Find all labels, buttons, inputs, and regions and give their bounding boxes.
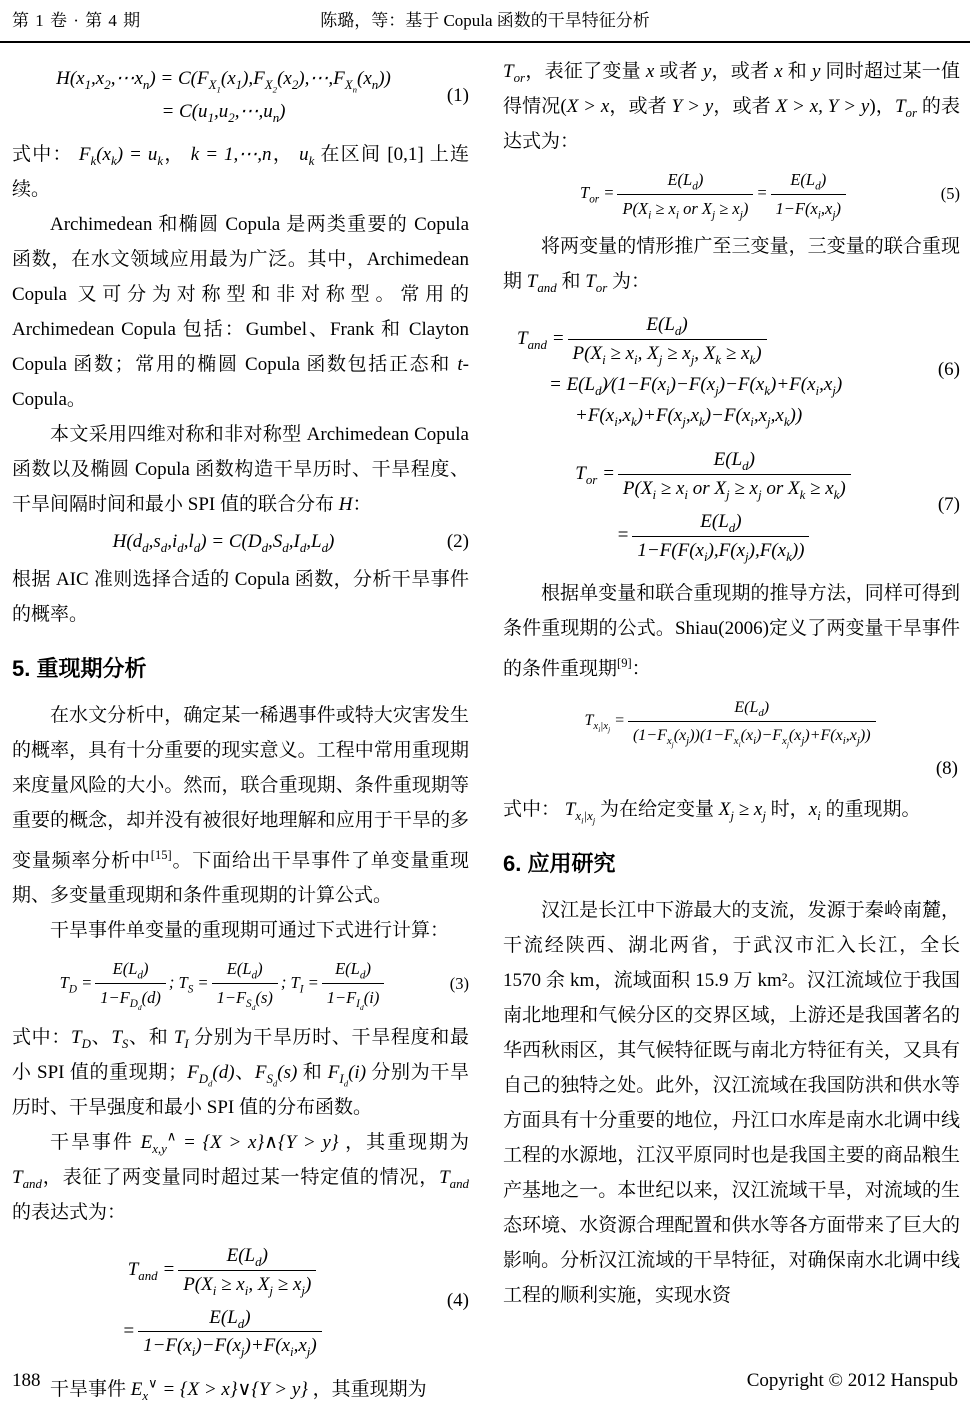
equation-7-fraction-1: E(Ld)P(Xi ≥ xi or Xj ≥ xj or Xk ≥ xk) [618,446,851,502]
equation-4-fraction-2: E(Ld)1−F(xi)−F(xj)+F(xi,xj) [138,1304,322,1360]
equation-4: Tand =E(Ld)P(Xi ≥ xi, Xj ≥ xj) =E(Ld)1−F… [12,1237,469,1365]
equation-3-number: (3) [435,971,469,997]
equation-5-number: (5) [926,181,960,207]
equation-2-line: H(dd,sd,id,ld) = C(Dd,Sd,Id,Ld) [113,531,335,552]
paragraph-four-dimensional: 本文采用四维对称和非对称型 Archimedean Copula 函数以及椭圆 … [12,417,469,522]
equation-3-fraction-1: E(Ld)1−FDd(d) [95,955,166,1013]
paragraph-univariate-return-period: 干旱事件单变量的重现期可通过下式进行计算： [12,913,469,948]
paper-page: 第 1 卷 · 第 4 期 陈璐，等：基于 Copula 函数的干旱特征分析 H… [0,0,970,1414]
equation-6-line-2: = E(Ld)∕(1−F(xi)−F(xj)−F(xk)+F(xi,xj) [503,372,926,398]
paragraph-trivariate: 将两变量的情形推广至三变量，三变量的联合重现期 Tand 和 Tor 为： [503,229,960,299]
equation-7-fraction-2: E(Ld)1−F(F(xi),F(xj),F(xk)) [632,508,809,564]
equation-5-fraction-2: E(Ld)1−F(xi,xj) [771,166,846,222]
equation-4-line-2: =E(Ld)1−F(xi)−F(xj)+F(xi,xj) [12,1304,435,1360]
equation-6-line-3: +F(xi,xk)+F(xj,xk)−F(xi,xj,xk)) [503,403,926,429]
section-5-heading: 5. 重现期分析 [12,654,469,684]
equation-8-number: (8) [503,751,960,786]
equation-2: H(dd,sd,id,ld) = C(Dd,Sd,Id,Ld) (2) [12,529,469,555]
column-right: Tor，表征了变量 x 或者 y，或者 x 和 y 同时超过某一值得情况(X >… [503,54,960,1313]
equation-3-fraction-3: E(Ld)1−FId(i) [322,955,385,1013]
equation-1-line-2: = C(u1,u2,⋯,un) [12,99,435,125]
paragraph-tor-definition: Tor，表征了变量 x 或者 y，或者 x 和 y 同时超过某一值得情况(X >… [503,54,960,159]
header-rule [0,41,970,43]
equation-7-body: Tor =E(Ld)P(Xi ≥ xi or Xj ≥ xj or Xk ≥ x… [503,441,926,569]
page-number: 188 [12,1370,41,1392]
equation-8-body: Txi|xj =E(Ld)(1−Fxj(xj))(1−Fxi(xi)−Fxj(x… [503,694,960,750]
equation-5: Tor =E(Ld)P(Xi ≥ xi or Xj ≥ xj)=E(Ld)1−F… [503,166,960,222]
equation-3-term-1: TD = [60,973,93,992]
equation-6-fraction-1: E(Ld)P(Xi ≥ xi, Xj ≥ xj, Xk ≥ xk) [568,311,767,367]
equation-3-fraction-2: E(Ld)1−FSd(s) [212,955,278,1013]
paragraph-aic: 根据 AIC 准则选择合适的 Copula 函数，分析干旱事件的概率。 [12,562,469,632]
equation-8: Txi|xj =E(Ld)(1−Fxj(xj))(1−Fxi(xi)−Fxj(x… [503,694,960,750]
paragraph-conditional: 根据单变量和联合重现期的推导方法，同样可得到条件重现期的公式。Shiau(200… [503,576,960,686]
paragraph-hanjiang: 汉江是长江中下游最大的支流，发源于秦岭南麓，干流经陕西、湖北两省，于武汉市汇入长… [503,893,960,1313]
equation-4-line-1: Tand =E(Ld)P(Xi ≥ xi, Xj ≥ xj) [12,1242,435,1298]
equation-3-body: TD =E(Ld)1−FDd(d); TS =E(Ld)1−FSd(s); TI… [12,955,435,1013]
equation-4-fraction-1: E(Ld)P(Xi ≥ xi, Xj ≥ xj) [178,1242,316,1298]
equation-7-line-1: Tor =E(Ld)P(Xi ≥ xi or Xj ≥ xj or Xk ≥ x… [503,446,926,502]
equation-1-body: H(x1,x2,⋯xn) = C(FX1(x1),FX2(x2),⋯,FXn(x… [12,61,435,130]
paragraph-eq8-note: 式中： Txi|xj 为在给定变量 Xj ≥ xj 时，xi 的重现期。 [503,792,960,827]
section-6-heading: 6. 应用研究 [503,849,960,879]
equation-6-line-1: Tand =E(Ld)P(Xi ≥ xi, Xj ≥ xj, Xk ≥ xk) [503,311,926,367]
equation-5-fraction-1: E(Ld)P(Xi ≥ xi or Xj ≥ xj) [617,166,753,222]
paragraph-eq1-note: 式中： Fk(xk) = uk， k = 1,⋯,n， uk 在区间 [0,1]… [12,137,469,207]
header-running-title: 陈璐，等：基于 Copula 函数的干旱特征分析 [320,6,650,31]
equation-4-number: (4) [435,1288,469,1314]
equation-6: Tand =E(Ld)P(Xi ≥ xi, Xj ≥ xj, Xk ≥ xk) … [503,306,960,434]
equation-2-number: (2) [435,529,469,555]
equation-7: Tor =E(Ld)P(Xi ≥ xi or Xj ≥ xj or Xk ≥ x… [503,441,960,569]
equation-6-number: (6) [926,357,960,383]
equation-1-line-1: H(x1,x2,⋯xn) = C(FX1(x1),FX2(x2),⋯,FXn(x… [12,66,435,94]
equation-3-term-3: TI = [291,973,319,992]
equation-4-body: Tand =E(Ld)P(Xi ≥ xi, Xj ≥ xj) =E(Ld)1−F… [12,1237,435,1365]
copyright-notice: Copyright © 2012 Hanspub [747,1370,958,1392]
equation-8-fraction: E(Ld)(1−Fxj(xj))(1−Fxi(xi)−Fxj(xj)+F(xi,… [628,694,876,750]
equation-3: TD =E(Ld)1−FDd(d); TS =E(Ld)1−FSd(s); TI… [12,955,469,1013]
equation-1-number: (1) [435,83,469,109]
paragraph-return-period-intro: 在水文分析中，确定某一稀遇事件或特大灾害发生的概率，具有十分重要的现实意义。工程… [12,698,469,913]
page-footer: 188 Copyright © 2012 Hanspub [12,1370,958,1392]
equation-2-body: H(dd,sd,id,ld) = C(Dd,Sd,Id,Ld) [12,529,435,555]
header-issue-label: 第 1 卷 · 第 4 期 [12,6,141,31]
equation-6-body: Tand =E(Ld)P(Xi ≥ xi, Xj ≥ xj, Xk ≥ xk) … [503,306,926,434]
equation-5-body: Tor =E(Ld)P(Xi ≥ xi or Xj ≥ xj)=E(Ld)1−F… [503,166,926,222]
paragraph-eq3-note: 式中：TD、TS、和 TI 分别为干旱历时、干旱程度和最小 SPI 值的重现期；… [12,1020,469,1125]
equation-7-number: (7) [926,492,960,518]
equation-1: H(x1,x2,⋯xn) = C(FX1(x1),FX2(x2),⋯,FXn(x… [12,61,469,130]
paragraph-event-and: 干旱事件 Ex,y∧ = {X > x}∧{Y > y} ，其重现期为 Tand… [12,1125,469,1230]
column-left: H(x1,x2,⋯xn) = C(FX1(x1),FX2(x2),⋯,FXn(x… [12,54,469,1407]
equation-3-term-2: TS = [179,973,209,992]
equation-7-line-2: =E(Ld)1−F(F(xi),F(xj),F(xk)) [503,508,926,564]
paragraph-archimedean: Archimedean 和椭圆 Copula 是两类重要的 Copula 函数，… [12,207,469,417]
page-header: 第 1 卷 · 第 4 期 陈璐，等：基于 Copula 函数的干旱特征分析 [12,6,958,36]
